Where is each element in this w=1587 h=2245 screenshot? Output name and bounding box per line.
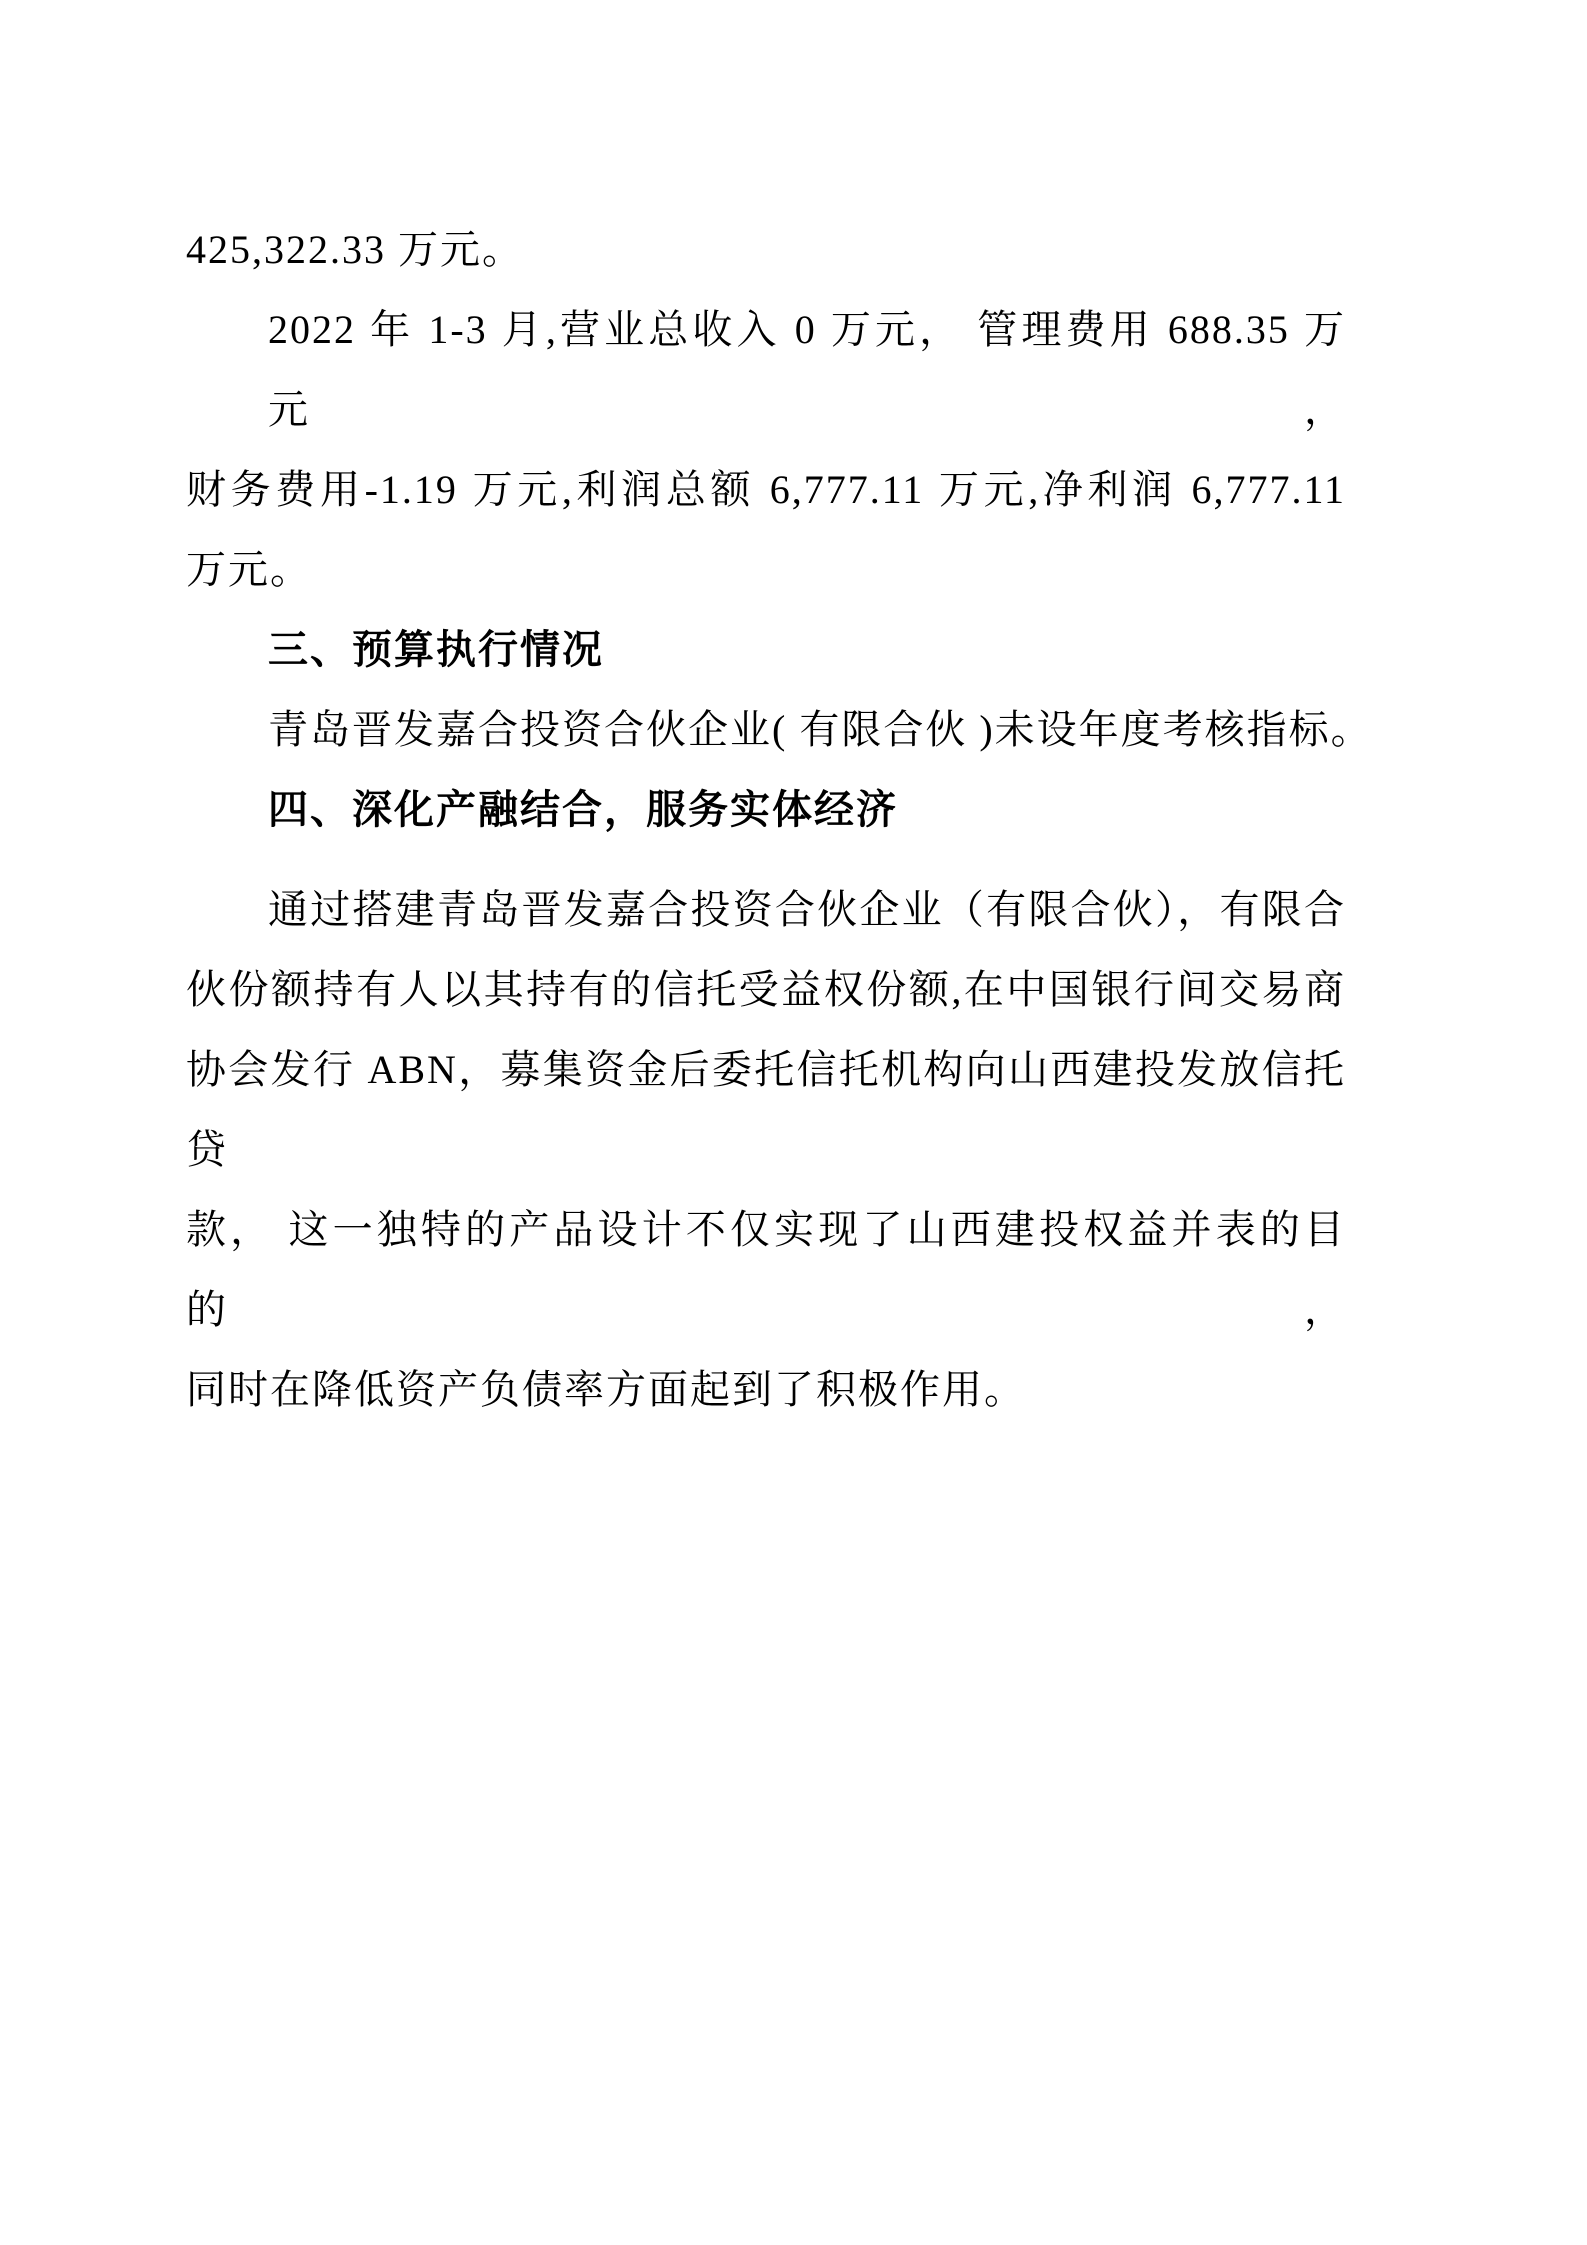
body-text-line: 伙份额持有人以其持有的信托受益权份额,在中国银行间交易商 [186, 950, 1346, 1030]
paragraph: 2022 年 1-3 月,营业总收入 0 万元， 管理费用 688.35 万元，… [186, 290, 1346, 610]
body-text-line: 财务费用-1.19 万元,利润总额 6,777.11 万元,净利润 6,777.… [186, 450, 1346, 530]
heading-line: 四、深化产融结合，服务实体经济 [186, 770, 1346, 850]
document-page: 425,322.33 万元。2022 年 1-3 月,营业总收入 0 万元， 管… [0, 0, 1587, 2245]
paragraph: 425,322.33 万元。 [186, 210, 1346, 290]
paragraph: 青岛晋发嘉合投资合伙企业( 有限合伙 )未设年度考核指标。 [186, 690, 1346, 770]
heading-line: 三、预算执行情况 [186, 610, 1346, 690]
body-text-line: 款， 这一独特的产品设计不仅实现了山西建投权益并表的目的， [186, 1190, 1346, 1350]
body-text-line: 同时在降低资产负债率方面起到了积极作用。 [186, 1350, 1346, 1430]
document-body: 425,322.33 万元。2022 年 1-3 月,营业总收入 0 万元， 管… [186, 210, 1346, 1430]
body-text-line: 协会发行 ABN，募集资金后委托信托机构向山西建投发放信托贷 [186, 1030, 1346, 1190]
body-text-line: 通过搭建青岛晋发嘉合投资合伙企业（有限合伙），有限合 [186, 870, 1346, 950]
body-text-line: 425,322.33 万元。 [186, 210, 1346, 290]
body-text-line: 青岛晋发嘉合投资合伙企业( 有限合伙 )未设年度考核指标。 [186, 690, 1346, 770]
section-heading: 四、深化产融结合，服务实体经济 [186, 770, 1346, 850]
body-text-line: 2022 年 1-3 月,营业总收入 0 万元， 管理费用 688.35 万元， [186, 290, 1346, 450]
paragraph: 通过搭建青岛晋发嘉合投资合伙企业（有限合伙），有限合伙份额持有人以其持有的信托受… [186, 870, 1346, 1430]
section-heading: 三、预算执行情况 [186, 610, 1346, 690]
body-text-line: 万元。 [186, 530, 1346, 610]
